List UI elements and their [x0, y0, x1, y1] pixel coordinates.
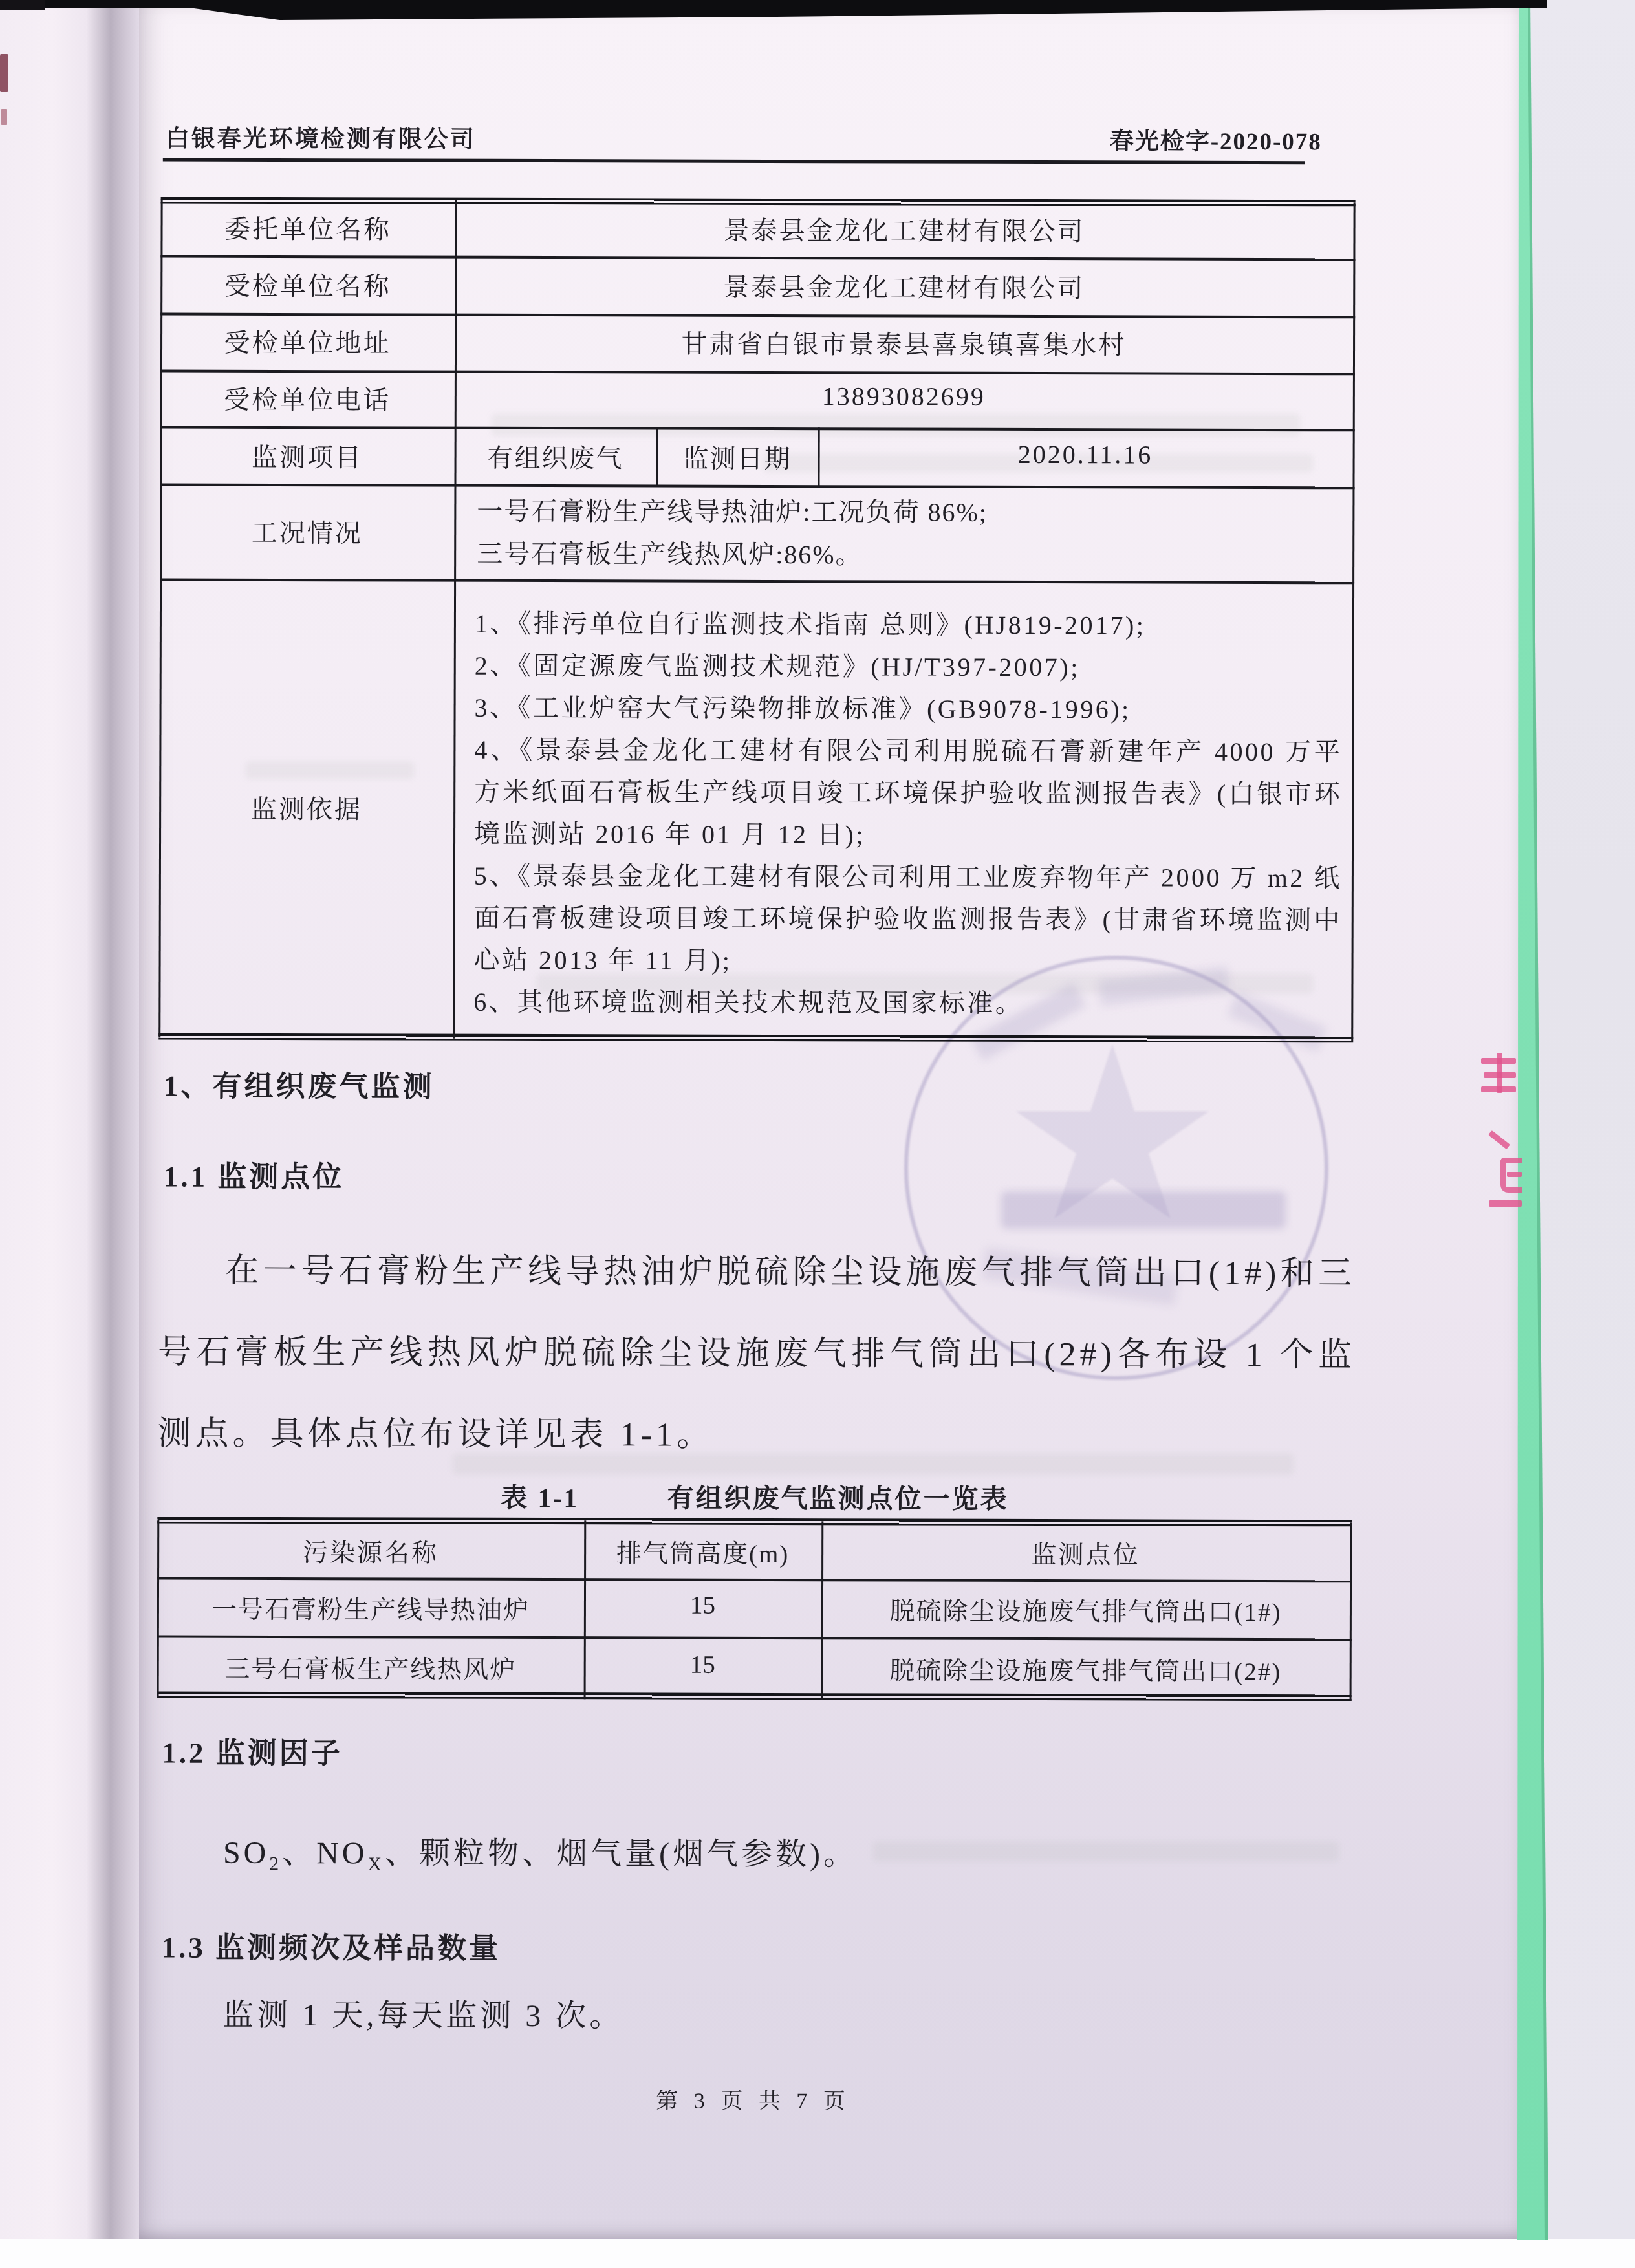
table-1-1-caption-label: 表 1-1	[501, 1483, 579, 1513]
header-doc-code: 春光检字-2020-078	[1012, 121, 1322, 157]
info-label: 受检单位名称	[160, 266, 455, 303]
factor-rest: 、颗粒物、烟气量(烟气参数)。	[385, 1836, 858, 1872]
info-table-row-line	[160, 484, 1354, 490]
info-value: 13893082699	[455, 380, 1353, 413]
scanned-report-page: 白银春光环境检测有限公司 春光检字-2020-078 委托单位名称 景泰县金龙化…	[0, 0, 1635, 2268]
table-1-1-cell: 15	[584, 1650, 821, 1679]
table-1-1-cell: 脱硫除尘设施废气排气筒出口(2#)	[821, 1650, 1350, 1688]
basis-label: 监测依据	[159, 789, 453, 826]
info-label: 受检单位电话	[160, 380, 455, 417]
table-1-1-top-border	[157, 1517, 1352, 1526]
header-rule	[163, 158, 1305, 165]
monitoring-factors-line: SO2、NOX、颗粒物、烟气量(烟气参数)。	[223, 1828, 858, 1877]
factor-so: SO	[223, 1836, 269, 1870]
condition-line1: 一号石膏粉生产线导热油炉:工况负荷 86%;	[477, 491, 988, 529]
table-1-1-cell: 脱硫除尘设施废气排气筒出口(1#)	[821, 1591, 1350, 1628]
info-table-row-line	[160, 370, 1355, 376]
condition-line2: 三号石膏板生产线热风炉:86%。	[477, 534, 863, 572]
page-number-footer: 第 3 页 共 7 页	[156, 2081, 1350, 2116]
section-1-title: 1、有组织废气监测	[164, 1063, 435, 1105]
table-1-1-cell: 三号石膏板生产线热风炉	[157, 1648, 584, 1686]
table-1-1-caption: 表 1-1 有组织废气监测点位一览表	[157, 1475, 1352, 1517]
table-1-1-cell: 15	[584, 1590, 821, 1620]
info-table-row-line	[160, 426, 1355, 432]
factor-so-sub: 2	[269, 1853, 282, 1875]
basis-item-list: 1、《排污单位自行监测技术指南 总则》(HJ819-2017); 2、《固定源废…	[473, 603, 1343, 1026]
info-label: 受检单位地址	[160, 323, 455, 360]
basis-item: 6、其他环境监测相关技术规范及国家标准。	[473, 981, 1341, 1026]
table-1-1-bottom-border	[157, 1691, 1352, 1701]
info-value: 甘肃省白银市景泰县喜泉镇喜集水村	[455, 323, 1353, 363]
project-value: 有组织废气	[455, 438, 656, 475]
document-content: 白银春光环境检测有限公司 春光检字-2020-078 委托单位名称 景泰县金龙化…	[0, 0, 1635, 2268]
section-1-1-title: 1.1 监测点位	[164, 1153, 345, 1196]
section-1-3-title: 1.3 监测频次及样品数量	[161, 1924, 501, 1967]
basis-item: 4、《景泰县金龙化工建材有限公司利用脱硫石膏新建年产 4000 万平方米纸面石膏…	[474, 729, 1343, 858]
info-value: 景泰县金龙化工建材有限公司	[455, 266, 1353, 306]
info-value: 景泰县金龙化工建材有限公司	[455, 210, 1353, 249]
factor-no: 、NO	[282, 1836, 367, 1870]
info-table-row-line	[160, 255, 1355, 261]
info-table-row-line	[160, 579, 1354, 585]
info-table-bottom-border	[158, 1033, 1353, 1043]
factor-no-sub: X	[367, 1853, 385, 1875]
project-label: 监测项目	[160, 437, 455, 475]
basis-item: 5、《景泰县金龙化工建材有限公司利用工业废弃物年产 2000 万 m2 纸面石膏…	[473, 855, 1342, 984]
basis-item: 3、《工业炉窑大气污染物排放标准》(GB9078-1996);	[474, 687, 1342, 731]
basis-item: 1、《排污单位自行监测技术指南 总则》(HJ819-2017);	[475, 603, 1343, 647]
info-table-top-border	[161, 197, 1356, 207]
section-1-2-title: 1.2 监测因子	[162, 1729, 343, 1772]
table-1-1-header: 排气筒高度(m)	[584, 1533, 821, 1570]
table-1-1-header: 监测点位	[821, 1534, 1350, 1571]
basis-item: 2、《固定源废气监测技术规范》(HJ/T397-2007);	[475, 645, 1343, 689]
table-1-1-row-line	[157, 1635, 1352, 1641]
condition-label: 工况情况	[160, 513, 454, 550]
date-value: 2020.11.16	[818, 438, 1353, 470]
info-label: 委托单位名称	[160, 209, 455, 246]
frequency-line: 监测 1 天,每天监测 3 次。	[222, 1990, 623, 2036]
monitoring-points-paragraph: 在一号石膏粉生产线导热油炉脱硫除尘设施废气排气筒出口(1#)和三号石膏板生产线热…	[157, 1230, 1356, 1478]
table-1-1-header: 污染源名称	[157, 1532, 584, 1570]
header-company-name: 白银春光环境检测有限公司	[166, 119, 476, 155]
info-table-row-line	[160, 313, 1355, 319]
table-1-1-cell: 一号石膏粉生产线导热油炉	[157, 1589, 584, 1626]
table-1-1-header-line	[157, 1577, 1352, 1582]
date-label: 监测日期	[656, 438, 818, 476]
table-1-1-caption-title: 有组织废气监测点位一览表	[667, 1484, 1009, 1514]
